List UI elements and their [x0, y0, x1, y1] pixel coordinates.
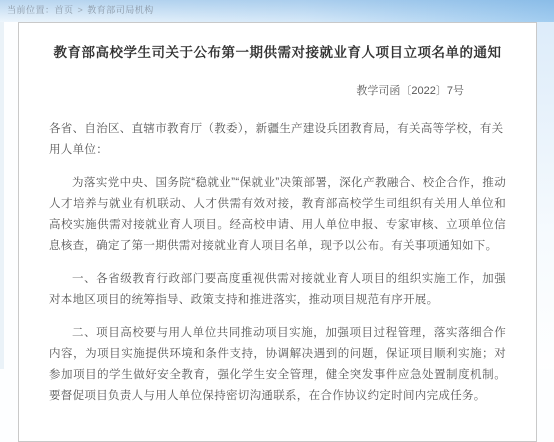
document-number: 教学司函〔2022〕7号	[49, 83, 506, 99]
breadcrumb-link-section[interactable]: 教育部司局机构	[87, 5, 154, 15]
document-paragraph-1: 为落实党中央、国务院“稳就业”“保就业”决策部署，深化产教融合、校企合作，推动人…	[49, 173, 506, 257]
breadcrumb: 当前位置：首页>教育部司局机构	[7, 3, 154, 16]
page-background-right-strip	[537, 22, 554, 369]
document-content-box: 教育部高校学生司关于公布第一期供需对接就业育人项目立项名单的通知 教学司函〔20…	[18, 22, 537, 369]
document-salutation: 各省、自治区、直辖市教育厅（教委），新疆生产建设兵团教育局，有关高等学校，有关用…	[49, 119, 506, 161]
document-title: 教育部高校学生司关于公布第一期供需对接就业育人项目立项名单的通知	[49, 43, 506, 63]
page-background-left-strip	[0, 22, 4, 369]
document-paragraph-3: 二、项目高校要与用人单位共同推动项目实施，加强项目过程管理，落实落细合作内容，为…	[49, 323, 506, 369]
breadcrumb-separator: >	[78, 5, 84, 15]
breadcrumb-link-home[interactable]: 首页	[55, 5, 74, 15]
document-paragraph-2: 一、各省级教育行政部门要高度重视供需对接就业育人项目的组织实施工作，加强对本地区…	[49, 269, 506, 311]
breadcrumb-location-label: 当前位置：	[7, 5, 55, 15]
